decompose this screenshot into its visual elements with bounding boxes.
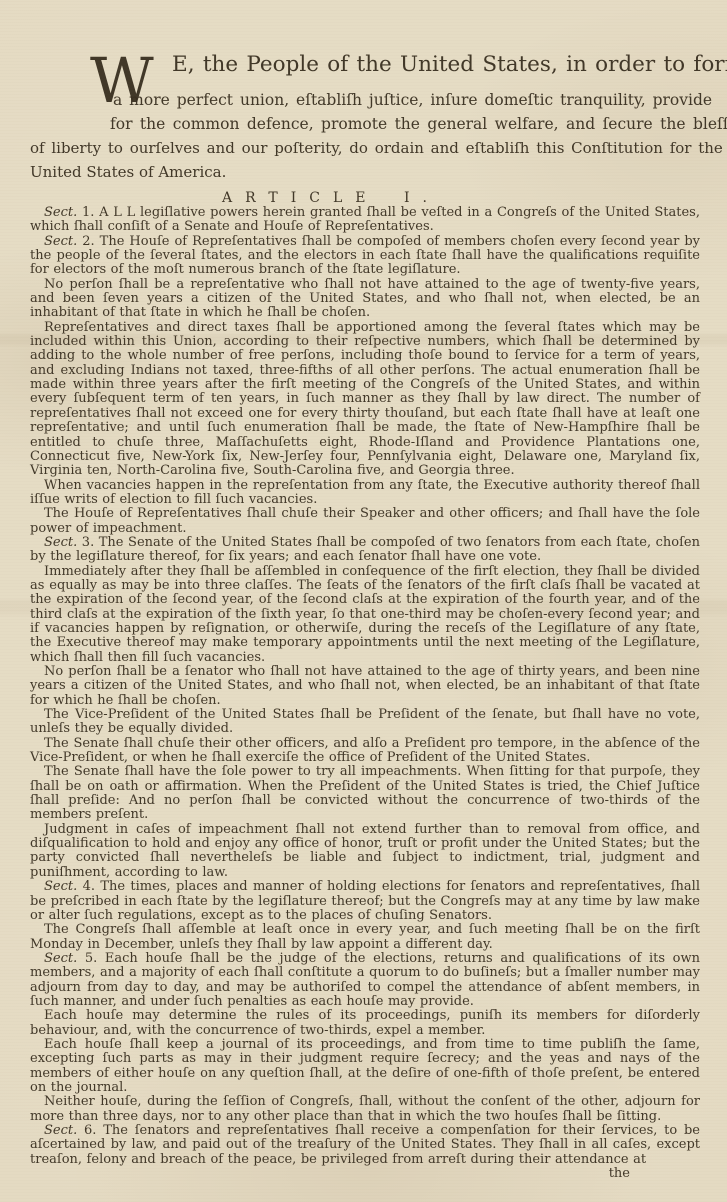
- catchword: the: [30, 1167, 700, 1181]
- section-label: Sect.: [44, 879, 77, 894]
- article-body: Sect. 1. A L L legiſlative powers herein…: [30, 206, 700, 1181]
- paragraph: The Senate ſhall have the ſole power to …: [30, 765, 700, 822]
- paragraph-text: Judgment in caſes of impeachment ſhall n…: [30, 822, 700, 880]
- paragraph-text: 5. Each houſe ſhall be the judge of the …: [30, 951, 700, 1009]
- paragraph-sect-6: Sect. 6. The ſenators and repreſentative…: [30, 1124, 700, 1167]
- preamble-line-2: a more perfect union, eſtabliſh juſtice,…: [113, 91, 712, 109]
- paragraph: No perſon ſhall be a ſenator who ſhall n…: [30, 665, 700, 708]
- paragraph-text: Each houſe ſhall keep a journal of its p…: [30, 1037, 700, 1095]
- paragraph-text: The Vice-Preſident of the United States …: [30, 707, 700, 736]
- paragraph-text: The Congreſs ſhall aſſemble at leaſt onc…: [30, 922, 700, 951]
- preamble-line-3: for the common defence, promote the gene…: [110, 115, 727, 133]
- paragraph-text: Each houſe may determine the rules of it…: [30, 1008, 700, 1037]
- paragraph-text: No perſon ſhall be a ſenator who ſhall n…: [30, 664, 700, 708]
- paragraph: The Congreſs ſhall aſſemble at leaſt onc…: [30, 923, 700, 952]
- paragraph-sect-4: Sect. 4. The times, places and manner of…: [30, 880, 700, 923]
- paragraph-text: 2. The Houſe of Repreſentatives ſhall be…: [30, 234, 700, 278]
- paragraph-sect-2: Sect. 2. The Houſe of Repreſentatives ſh…: [30, 235, 700, 278]
- paragraph-text: The Senate ſhall chuſe their other offic…: [30, 736, 700, 765]
- paragraph: Immediately after they ſhall be aſſemble…: [30, 565, 700, 665]
- section-label: Sect.: [44, 234, 77, 249]
- paragraph-text: Repreſentatives and direct taxes ſhall b…: [30, 320, 700, 478]
- paragraph-text: No perſon ſhall be a repreſentative who …: [30, 277, 700, 321]
- paragraph-text: 6. The ſenators and repreſentatives ſhal…: [30, 1123, 700, 1167]
- document-page: W E, the People of the United States, in…: [0, 0, 727, 1202]
- paragraph-text: 4. The times, places and manner of holdi…: [30, 879, 700, 923]
- paragraph: The Senate ſhall chuſe their other offic…: [30, 737, 700, 766]
- section-label: Sect.: [44, 951, 77, 966]
- paragraph-sect-5: Sect. 5. Each houſe ſhall be the judge o…: [30, 952, 700, 1009]
- preamble-line-4: of liberty to ourſelves and our poſterit…: [30, 139, 723, 157]
- paragraph-text: 3. The Senate of the United States ſhall…: [30, 535, 700, 564]
- paragraph-text: Immediately after they ſhall be aſſemble…: [30, 564, 700, 665]
- section-label: Sect.: [44, 205, 77, 220]
- preamble-line-1: E, the People of the United States, in o…: [172, 52, 727, 77]
- section-label: Sect.: [44, 535, 77, 550]
- article-heading: ARTICLE I.: [222, 190, 440, 206]
- paragraph-sect-1: Sect. 1. A L L legiſlative powers herein…: [30, 206, 700, 235]
- paragraph: Repreſentatives and direct taxes ſhall b…: [30, 321, 700, 479]
- paragraph-text: The Senate ſhall have the ſole power to …: [30, 764, 700, 822]
- paragraph-text: Neither houſe, during the ſeſſion of Con…: [30, 1094, 700, 1123]
- paragraph: When vacancies happen in the repreſentat…: [30, 479, 700, 508]
- paragraph: The Houſe of Repreſentatives ſhall chuſe…: [30, 507, 700, 536]
- paragraph: Each houſe ſhall keep a journal of its p…: [30, 1038, 700, 1095]
- paragraph-text: The Houſe of Repreſentatives ſhall chuſe…: [30, 506, 700, 535]
- paragraph-text: When vacancies happen in the repreſentat…: [30, 478, 700, 507]
- paragraph: Judgment in caſes of impeachment ſhall n…: [30, 823, 700, 880]
- section-label: Sect.: [44, 1123, 77, 1138]
- paragraph: Each houſe may determine the rules of it…: [30, 1009, 700, 1038]
- paragraph: Neither houſe, during the ſeſſion of Con…: [30, 1095, 700, 1124]
- preamble-line-5: United States of America.: [30, 163, 226, 181]
- paragraph: No perſon ſhall be a repreſentative who …: [30, 278, 700, 321]
- paragraph-sect-3: Sect. 3. The Senate of the United States…: [30, 536, 700, 565]
- paragraph: The Vice-Preſident of the United States …: [30, 708, 700, 737]
- paragraph-text: 1. A L L legiſlative powers herein grant…: [30, 205, 700, 234]
